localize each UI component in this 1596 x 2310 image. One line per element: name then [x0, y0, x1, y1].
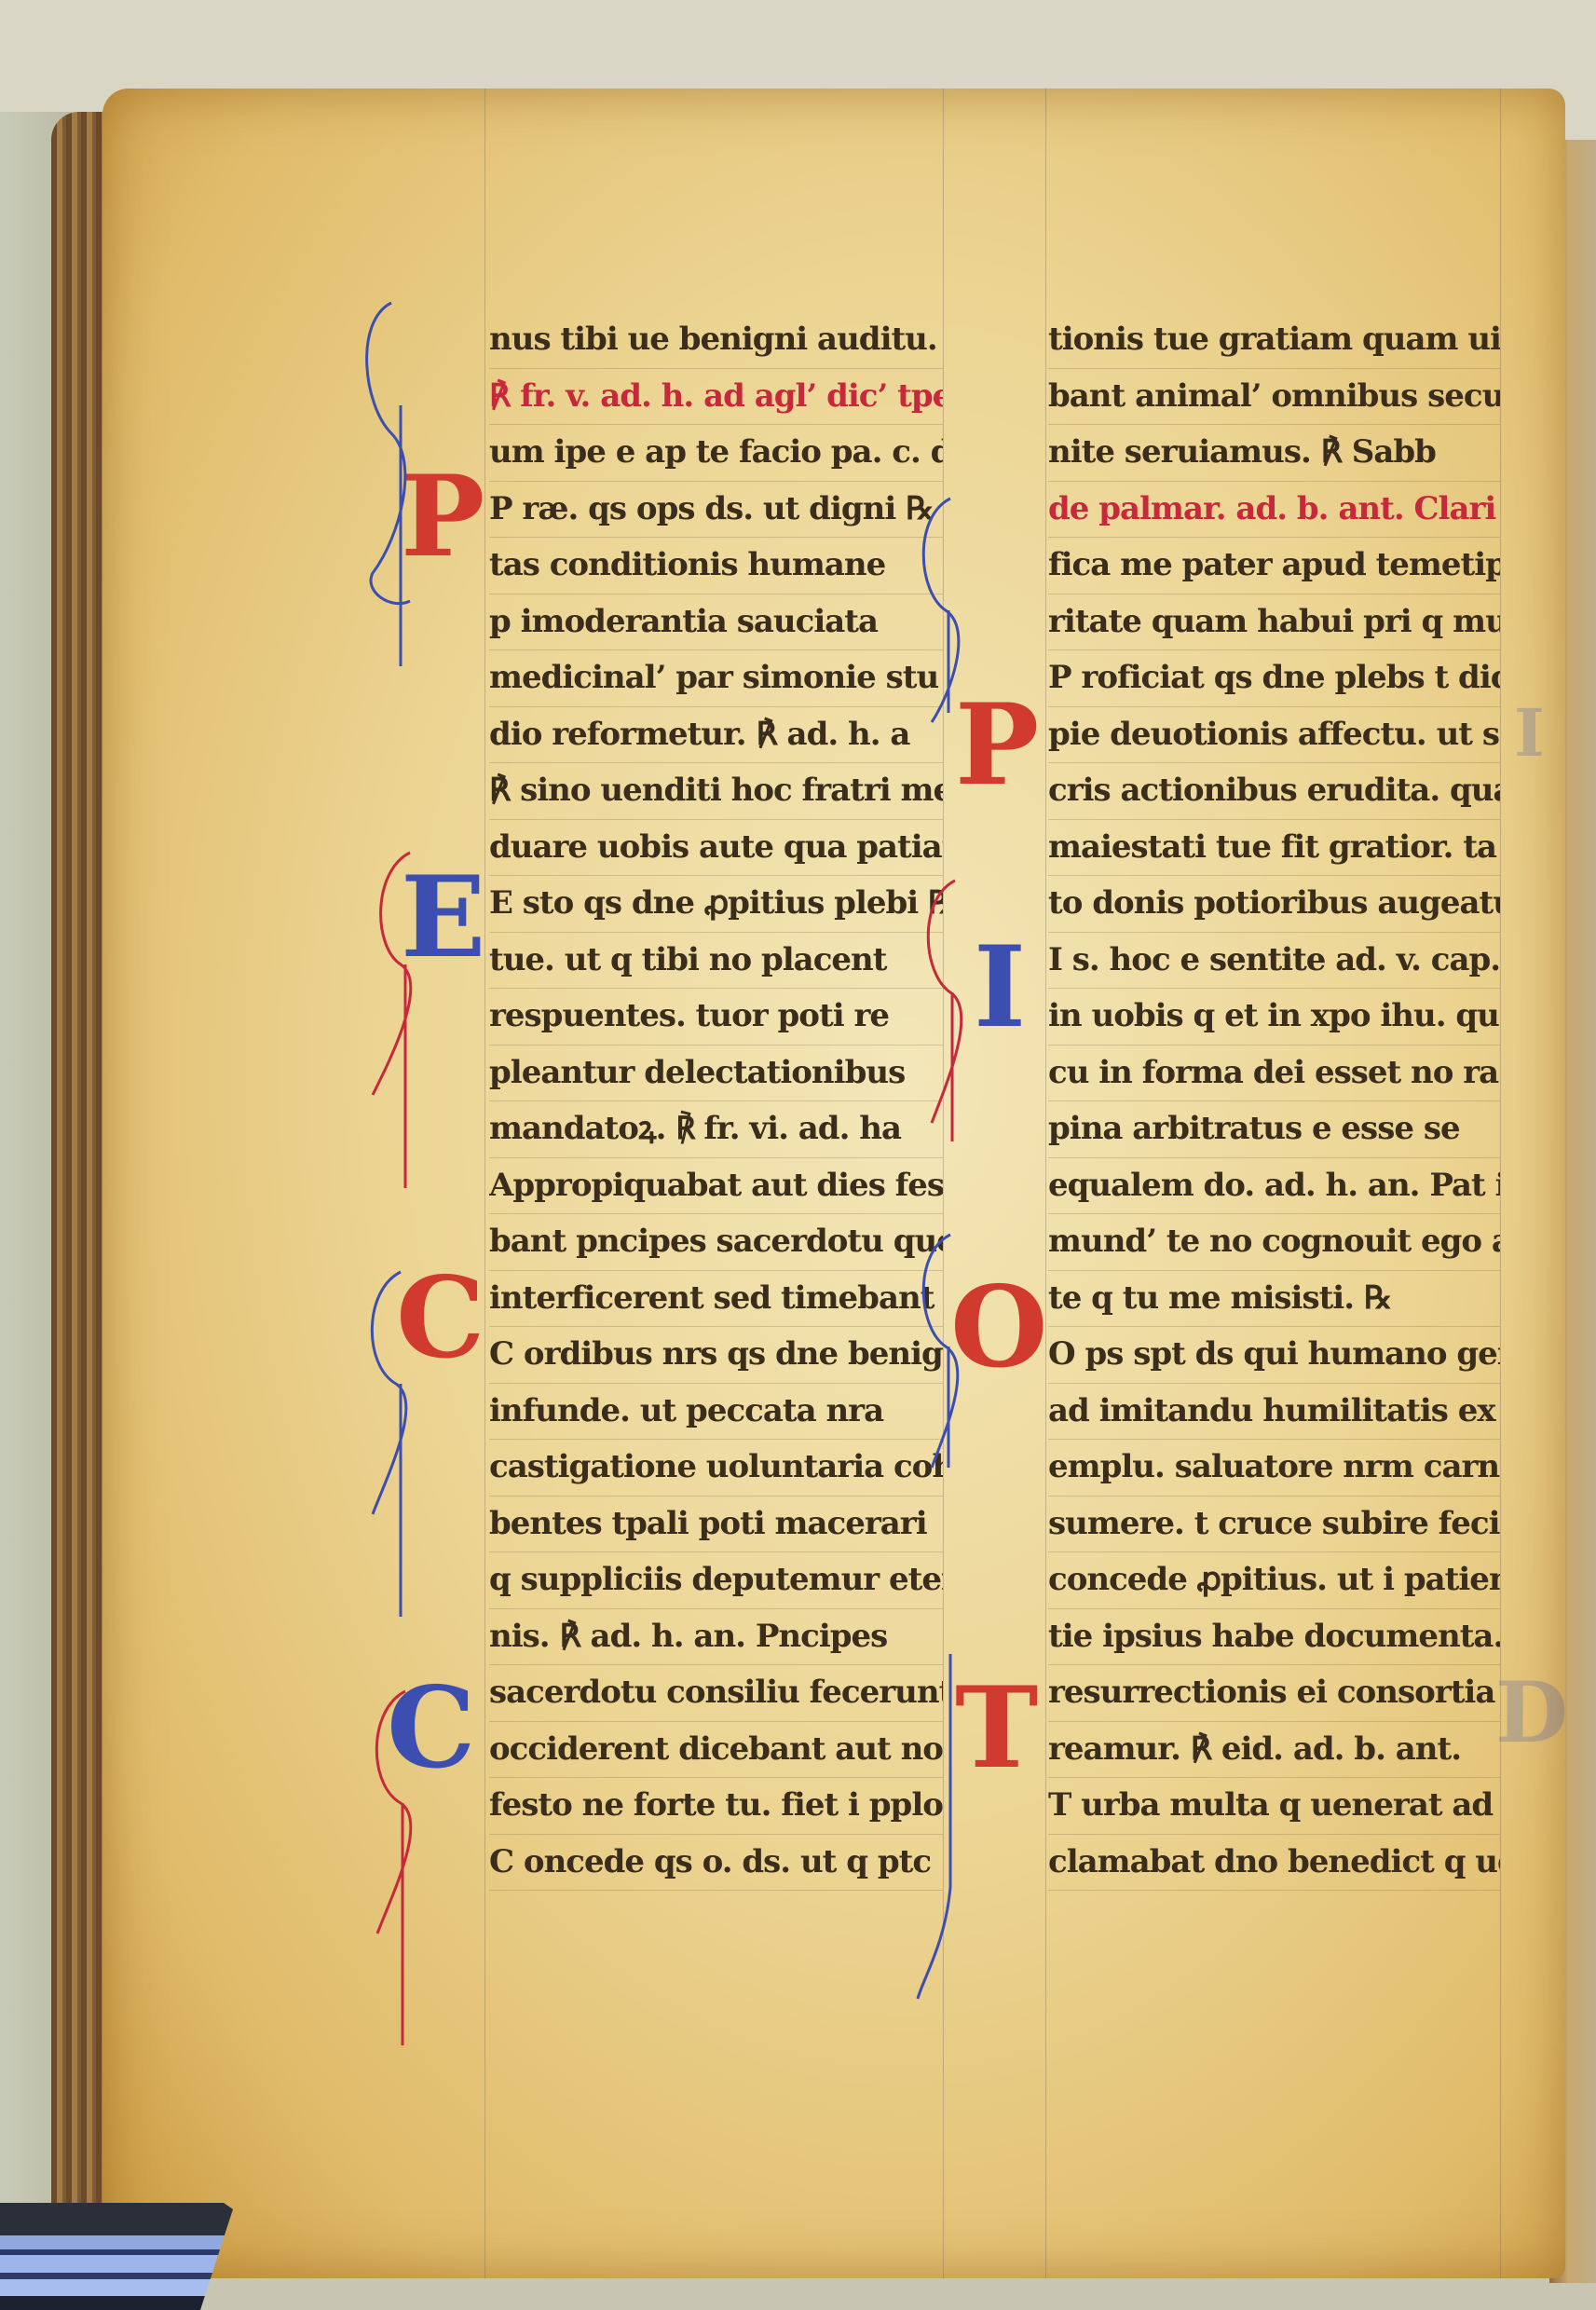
manuscript-line: ℟ fr. v. ad. h. ad agl’ dic’ tpe me	[489, 369, 943, 426]
manuscript-line: sumere. t cruce subire fecisti	[1048, 1497, 1500, 1553]
manuscript-line: Appropiquabat aut dies fest. q qre	[489, 1158, 943, 1215]
manuscript-line: T urba multa q uenerat ad diem festu	[1048, 1778, 1500, 1835]
manuscript-line: in uobis q et in xpo ihu. qui	[1048, 989, 1500, 1046]
pen-flourish-left-icon	[335, 294, 447, 2064]
manuscript-line: C ordibus nrs qs dne benigñ ℞	[489, 1327, 943, 1384]
manuscript-line: q suppliciis deputemur eter	[489, 1552, 943, 1609]
ruling-line	[1500, 89, 1501, 2278]
manuscript-line: maiestati tue fit gratior. ta	[1048, 820, 1500, 877]
manuscript-line: p imoderantia sauciata	[489, 595, 943, 651]
manuscript-line: bant pncipes sacerdotu quo illu	[489, 1214, 943, 1271]
ruling-line	[1045, 89, 1046, 2278]
manuscript-line: sacerdotu consiliu fecerunt ut ihm	[489, 1665, 943, 1722]
left-text-column: nus tibi ue benigni auditu.℟ fr. v. ad. …	[489, 312, 943, 1891]
manuscript-line: P roficiat qs dne plebs t dicata	[1048, 650, 1500, 707]
manuscript-line: P ræ. qs ops ds. ut digni ℞	[489, 482, 943, 539]
manuscript-line: ℟ sino uenditi hoc fratri men	[489, 763, 943, 820]
right-text-column: tionis tue gratiam quam uibant animal’ o…	[1048, 312, 1500, 1891]
manuscript-line: pina arbitratus e esse se	[1048, 1101, 1500, 1158]
offset-initial-ghost-2: D	[1495, 1663, 1568, 1762]
manuscript-line: I s. hoc e sentite ad. v. cap.	[1048, 933, 1500, 990]
pen-flourish-right-icon	[894, 489, 997, 2073]
manuscript-line: emplu. saluatore nrm carne	[1048, 1440, 1500, 1497]
manuscript-line: fica me pater apud temetipsum cla	[1048, 538, 1500, 595]
manuscript-line: clamabat dno benedict q uenit i no.	[1048, 1835, 1500, 1892]
manuscript-line: reamur. ℟ eid. ad. b. ant.	[1048, 1722, 1500, 1779]
manuscript-line: to donis potioribus augeatur. ℟	[1048, 876, 1500, 933]
ruling-line	[484, 89, 485, 2278]
manuscript-line: um ipe e ap te facio pa. c. d. m.	[489, 425, 943, 482]
manuscript-line: dio reformetur. ℟ ad. h. a	[489, 707, 943, 764]
manuscript-line: cu in forma dei esset no ra	[1048, 1046, 1500, 1102]
manuscript-line: occiderent dicebant aut no in die	[489, 1722, 943, 1779]
manuscript-line: bant animal’ omnibus secum tibi	[1048, 369, 1500, 426]
page-clamp-tool	[0, 2203, 233, 2310]
manuscript-line: O ps spt ds qui humano gen	[1048, 1327, 1500, 1384]
manuscript-line: ritate quam habui pri q mund’ fieret.	[1048, 595, 1500, 651]
manuscript-line: festo ne forte tu. fiet i pplo. ℞	[489, 1778, 943, 1835]
manuscript-line: E sto qs dne ꝓpitius plebi ℞	[489, 876, 943, 933]
manuscript-line: nite seruiamus. ℟ Sabb	[1048, 425, 1500, 482]
manuscript-line: resurrectionis ei consortia me	[1048, 1665, 1500, 1722]
manuscript-line: infunde. ut peccata nra	[489, 1384, 943, 1441]
manuscript-line: tue. ut q tibi no placent	[489, 933, 943, 990]
manuscript-line: de palmar. ad. b. ant. Clari	[1048, 482, 1500, 539]
manuscript-line: cris actionibus erudita. quanto	[1048, 763, 1500, 820]
manuscript-line: nus tibi ue benigni auditu.	[489, 312, 943, 369]
manuscript-line: interficerent sed timebant plebe.	[489, 1271, 943, 1328]
manuscript-line: ad imitandu humilitatis ex	[1048, 1384, 1500, 1441]
manuscript-line: mandatoꝝ. ℟ fr. vi. ad. ha	[489, 1101, 943, 1158]
manuscript-page: nus tibi ue benigni auditu.℟ fr. v. ad. …	[102, 89, 1565, 2278]
manuscript-line: equalem do. ad. h. an. Pat iuste	[1048, 1158, 1500, 1215]
manuscript-line: respuentes. tuor poti re	[489, 989, 943, 1046]
manuscript-line: duare uobis aute qua patiar.	[489, 820, 943, 877]
manuscript-line: pleantur delectationibus	[489, 1046, 943, 1102]
manuscript-line: tionis tue gratiam quam ui	[1048, 312, 1500, 369]
manuscript-line: tie ipsius habe documenta.	[1048, 1609, 1500, 1666]
manuscript-line: medicinal’ par simonie stu	[489, 650, 943, 707]
manuscript-line: bentes tpali poti macerari	[489, 1497, 943, 1553]
manuscript-line: C oncede qs o. ds. ut q ptc	[489, 1835, 943, 1892]
manuscript-line: tas conditionis humane	[489, 538, 943, 595]
offset-initial-ghost: I	[1514, 694, 1545, 772]
manuscript-line: mund’ te no cognouit ego au nou	[1048, 1214, 1500, 1271]
manuscript-line: te q tu me misisti. ℞	[1048, 1271, 1500, 1328]
manuscript-line: concede ꝓpitius. ut i patien	[1048, 1552, 1500, 1609]
manuscript-line: castigatione uoluntaria cohi	[489, 1440, 943, 1497]
manuscript-line: pie deuotionis affectu. ut sa	[1048, 707, 1500, 764]
manuscript-line: nis. ℟ ad. h. an. Pncipes	[489, 1609, 943, 1666]
